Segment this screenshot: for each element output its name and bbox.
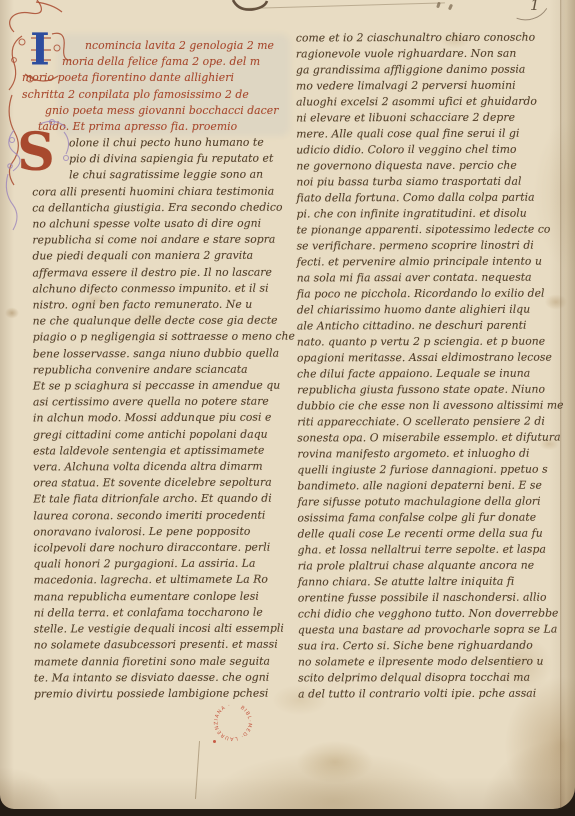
- manuscript-line: olone il chui pecto huno humano te: [69, 135, 288, 152]
- manuscript-line: ale Anticho cittadino. ne deschuri paren…: [297, 318, 551, 335]
- manuscript-line: quali honori 2 purgagioni. La assiria. L…: [33, 556, 289, 573]
- manuscript-line: onoravano ivalorosi. Le pene popposito: [33, 523, 289, 540]
- manuscript-line: nistro. ogni ben facto remunerato. Ne u: [33, 297, 289, 314]
- manuscript-line: gha. et lossa nellaltrui terre sepolte. …: [298, 542, 552, 559]
- right-column-text: come et io 2 ciaschunaltro chiaro conosc…: [296, 30, 552, 703]
- manuscript-line: ncomincia lavita 2 genologia 2 me: [85, 38, 290, 54]
- manuscript-line: udicio didio. Coloro il veggino chel tim…: [296, 142, 550, 159]
- manuscript-line: nato. quanto p vertu 2 p sciengia. et p …: [297, 334, 551, 351]
- manuscript-page: 1 I ncomincia lavita 2 genologia 2 memor…: [0, 0, 575, 809]
- manuscript-line: ne che qualunque delle decte cose gia de…: [33, 313, 289, 330]
- manuscript-line: republicha convenire andare sciancata: [33, 361, 289, 378]
- manuscript-line: laurea corona. secondo imeriti procedent…: [33, 507, 289, 524]
- manuscript-line: ca dellanticha giustigia. Era secondo ch…: [32, 199, 288, 216]
- manuscript-line: asi certissimo avere quella no potere st…: [33, 394, 289, 411]
- manuscript-line: ria prole plaltrui chase alquante ancora…: [298, 558, 552, 575]
- manuscript-line: scito delprimo delqual disopra tocchai m…: [298, 670, 552, 687]
- manuscript-line: fiato della fortuna. Como dalla colpa pa…: [296, 190, 550, 207]
- manuscript-line: gnio poeta mess giovanni bocchacci dacer: [45, 103, 290, 119]
- manuscript-line: bene losservasse. sanga niuno dubbio que…: [33, 345, 289, 362]
- manuscript-line: dubbio cie che esse non li avessono alti…: [297, 398, 551, 415]
- folio-arc-mark: [502, 0, 555, 26]
- manuscript-line: Et tale fiata ditrionfale archo. Et quan…: [33, 491, 289, 508]
- red-ink-speck: [213, 740, 216, 743]
- manuscript-line: rovina manifesto argometo. et inluogho d…: [297, 446, 551, 463]
- manuscript-line: sonesta opa. O miserabile essemplo. et d…: [297, 430, 551, 447]
- manuscript-line: esta laldevole sentengia et aptissimamet…: [33, 442, 289, 459]
- folio-number: 1: [530, 0, 540, 14]
- manuscript-line: stelle. Le vestigie dequali incosi alti …: [34, 621, 290, 638]
- manuscript-line: bandimeto. alle nagioni depaterni beni. …: [297, 478, 551, 495]
- manuscript-line: ne governono diquesta nave. percio che: [296, 158, 550, 175]
- manuscript-line: cchi didio che vegghono tutto. Non dover…: [298, 606, 552, 623]
- manuscript-line: opagioni meritasse. Assai eldimostrano l…: [297, 350, 551, 367]
- manuscript-line: no solamete dasubcessori presenti. et ma…: [34, 637, 290, 654]
- manuscript-line: te. Ma intanto se disviato daesse. che o…: [34, 669, 290, 686]
- manuscript-line: noi piu bassa turba siamo trasportati da…: [296, 174, 550, 191]
- left-column-text: olone il chui pecto huno humano tepio di…: [32, 135, 290, 703]
- manuscript-line: no solamete e ilpresente modo delsentier…: [298, 654, 552, 671]
- manuscript-line: premio divirtu possiede lambigione pches…: [34, 685, 290, 702]
- manuscript-line: pio di divina sapiengia fu reputato et: [69, 151, 288, 168]
- manuscript-line: riti apparecchiate. O scellerato pensier…: [297, 414, 551, 431]
- manuscript-line: affermava essere il destro pie. Il no la…: [32, 264, 288, 281]
- manuscript-line: taldo. Et prima apresso fia. proemio: [38, 119, 290, 135]
- manuscript-line: del chiarissimo huomo dante alighieri il…: [297, 302, 551, 319]
- manuscript-line: ni elevare et libuoni schacciare 2 depre: [296, 110, 550, 127]
- manuscript-line: in alchun modo. Mossi addunque piu cosi …: [33, 410, 289, 427]
- manuscript-line: mamete dannia fioretini sono male seguit…: [34, 653, 290, 670]
- manuscript-line: a del tutto il contrario volti ipie. pch…: [298, 686, 552, 703]
- manuscript-line: republicha si come noi andare e stare so…: [32, 232, 288, 249]
- manuscript-line: fecti. et pervenire almio principale int…: [297, 254, 551, 271]
- parchment-crack: [195, 741, 200, 799]
- rubric-heading: ncomincia lavita 2 genologia 2 memoria d…: [22, 38, 290, 135]
- pen-tick-icon: [448, 4, 453, 11]
- manuscript-line: Et se p sciaghura si peccasse in amendue…: [33, 378, 289, 395]
- manuscript-line: macedonia. lagrecha. et ultimamete La Ro: [34, 572, 290, 589]
- manuscript-line: alchuno difecto conmesso impunito. et il…: [33, 280, 289, 297]
- manuscript-line: se verifichare. permeno scoprire linostr…: [297, 238, 551, 255]
- manuscript-line: te pionange apparenti. sipotessimo ledec…: [296, 222, 550, 239]
- manuscript-line: mo vedere limalvagi 2 perversi huomini: [296, 78, 550, 95]
- manuscript-line: quelli ingiuste 2 furiose dannagioni. pp…: [297, 462, 551, 479]
- manuscript-line: orentine fusse possibile il naschondersi…: [298, 590, 552, 607]
- manuscript-line: morio poeta fiorentino dante allighieri: [22, 70, 290, 86]
- manuscript-line: mere. Alle quali cose qual fine serui il…: [296, 126, 550, 143]
- manuscript-line: mana republicha eumentare conlope lesi: [34, 588, 290, 605]
- manuscript-line: fare sifusse potuto machulagione della g…: [297, 494, 551, 511]
- manuscript-line: orea statua. Et sovente dicelebre sepolt…: [33, 475, 289, 492]
- manuscript-line: aluoghi excelsi 2 asommi ufici et ghuida…: [296, 94, 550, 111]
- manuscript-line: come et io 2 ciaschunaltro chiaro conosc…: [296, 30, 550, 47]
- manuscript-line: due piedi dequali con maniera 2 gravita: [32, 248, 288, 265]
- pen-tick-icon: [436, 2, 441, 9]
- manuscript-line: sua ira. Certo si. Siche bene righuardan…: [298, 638, 552, 655]
- manuscript-line: na sola mi fia assai aver contata. neque…: [297, 270, 551, 287]
- manuscript-line: osissima fama confalse colpe gli fur don…: [298, 510, 552, 527]
- manuscript-line: fanno chiara. Se atutte laltre iniquita …: [298, 574, 552, 591]
- manuscript-line: moria della felice fama 2 ope. del m: [62, 54, 290, 70]
- manuscript-line: che dilui facte appaiono. Lequale se inu…: [297, 366, 551, 383]
- manuscript-line: icolpevoli dare nochuro diraccontare. pe…: [33, 540, 289, 557]
- manuscript-line: republicha giusta fussono state opate. N…: [297, 382, 551, 399]
- manuscript-line: no alchuni spesse volte usato di dire og…: [32, 216, 288, 233]
- manuscript-line: le chui sagratissime leggie sono an: [69, 167, 288, 184]
- manuscript-line: schritta 2 conpilata plo famosissimo 2 d…: [22, 87, 290, 103]
- manuscript-line: ragionevole vuole righuardare. Non san: [296, 46, 550, 63]
- manuscript-line: pi. che con infinite ingratitudini. et d…: [296, 206, 550, 223]
- manuscript-line: piagio o p negligengia si sottraesse o m…: [33, 329, 289, 346]
- manuscript-line: ga grandissima affliggione danimo possia: [296, 62, 550, 79]
- manuscript-photo: { "page": { "folio_number": "1" }, "colo…: [0, 0, 575, 816]
- manuscript-line: questa una bastare ad provocharle sopra …: [298, 622, 552, 639]
- manuscript-line: ni della terra. et conlafama toccharono …: [34, 604, 290, 621]
- top-hairline-mark: [243, 2, 445, 9]
- manuscript-line: cora alli presenti huomini chiara testim…: [32, 183, 288, 200]
- manuscript-line: fia poco ne picchola. Ricordando lo exil…: [297, 286, 551, 303]
- manuscript-line: delle quali cose Le recenti orme della s…: [298, 526, 552, 543]
- manuscript-line: vera. Alchuna volta dicenda altra dimarm: [33, 459, 289, 476]
- manuscript-line: gregi cittadini come antichi popolani da…: [33, 426, 289, 443]
